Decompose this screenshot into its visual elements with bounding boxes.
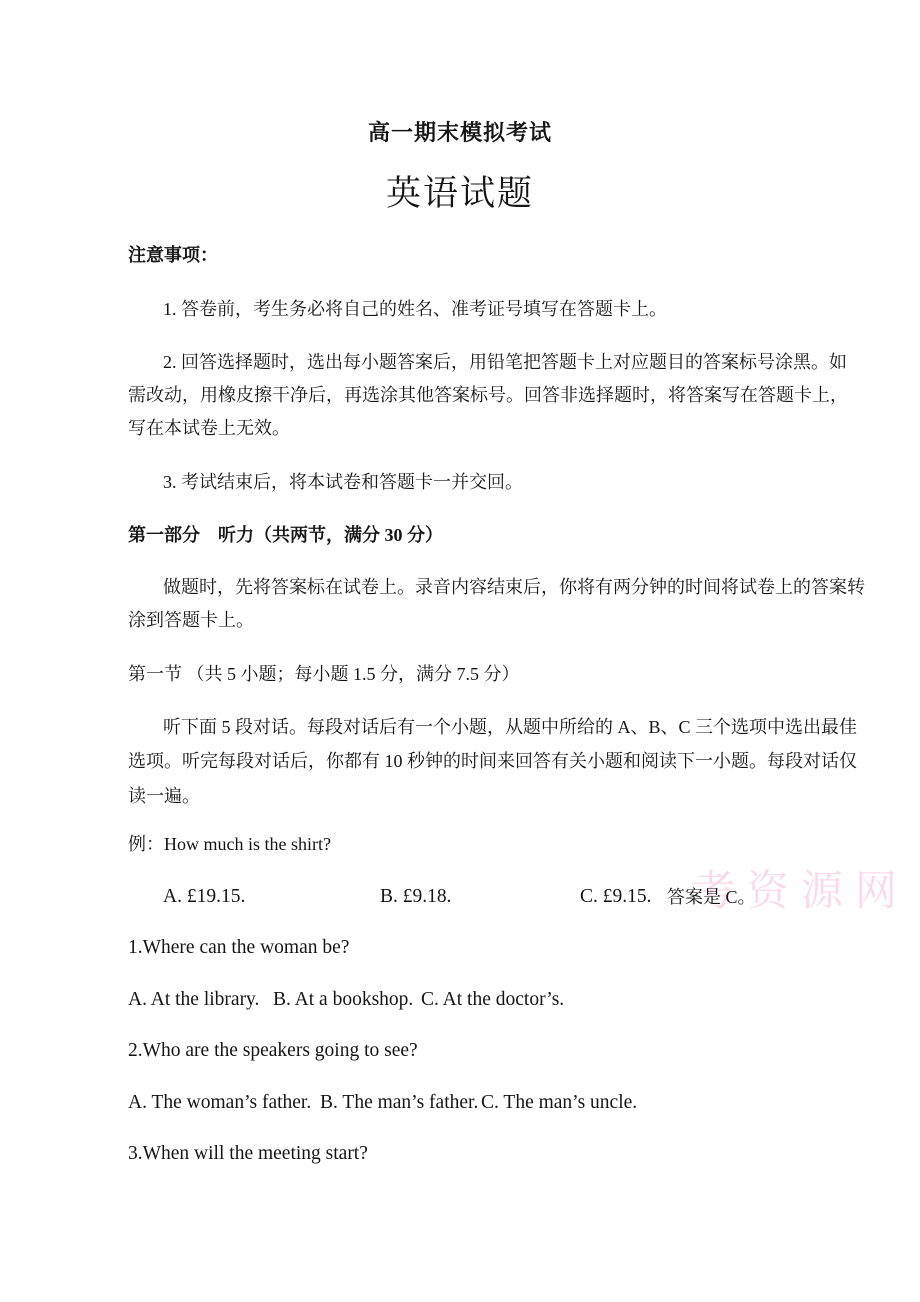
example-question: 例：How much is the shirt? xyxy=(128,833,331,856)
example-option-a: A. £19.15. xyxy=(163,885,245,909)
note-item-3: 3. 考试结束后，将本试卷和答题卡一并交回。 xyxy=(163,471,523,494)
question-2-option-c: C. The man’s uncle. xyxy=(481,1091,637,1115)
question-1-option-a: A. At the library. xyxy=(128,988,259,1012)
example-option-b: B. £9.18. xyxy=(380,885,452,909)
question-1-option-b: B. At a bookshop. xyxy=(273,988,413,1012)
note-item-1: 1. 答卷前，考生务必将自己的姓名、准考证号填写在答题卡上。 xyxy=(163,298,667,321)
part1-intro-line-2: 涂到答题卡上。 xyxy=(128,609,254,632)
note-item-2-line-2: 需改动，用橡皮擦干净后，再选涂其他答案标号。回答非选择题时，将答案写在答题卡上， xyxy=(128,384,848,407)
part1-heading: 第一部分 听力（共两节，满分 30 分） xyxy=(128,524,443,547)
question-2-option-b: B. The man’s father. xyxy=(320,1091,478,1115)
section1-instruction-line-3: 读一遍。 xyxy=(128,785,200,808)
exam-paper-page: 考资源网 高一期末模拟考试 英语试题 注意事项： 1. 答卷前，考生务必将自己的… xyxy=(0,0,920,1302)
example-answer-note: 答案是 C。 xyxy=(667,886,756,909)
example-option-c: C. £9.15. xyxy=(580,885,652,909)
question-2-option-a: A. The woman’s father. xyxy=(128,1091,311,1115)
note-item-2-line-3: 写在本试卷上无效。 xyxy=(128,417,290,440)
part1-intro-line-1: 做题时，先将答案标在试卷上。录音内容结束后，你将有两分钟的时间将试卷上的答案转 xyxy=(163,576,865,599)
section1-instruction-line-1: 听下面 5 段对话。每段对话后有一个小题，从题中所给的 A、B、C 三个选项中选… xyxy=(163,716,857,739)
note-item-2-line-1: 2. 回答选择题时，选出每小题答案后，用铅笔把答题卡上对应题目的答案标号涂黑。如 xyxy=(163,351,847,374)
exam-name-title: 高一期末模拟考试 xyxy=(0,119,920,147)
section1-heading: 第一节 （共 5 小题；每小题 1.5 分，满分 7.5 分） xyxy=(128,663,520,686)
question-1-text: 1.Where can the woman be? xyxy=(128,936,349,960)
section1-instruction-line-2: 选项。听完每段对话后，你都有 10 秒钟的时间来回答有关小题和阅读下一小题。每段… xyxy=(128,750,857,773)
question-1-option-c: C. At the doctor’s. xyxy=(421,988,564,1012)
question-3-text: 3.When will the meeting start? xyxy=(128,1142,368,1166)
paper-title: 英语试题 xyxy=(0,172,920,216)
notes-heading: 注意事项： xyxy=(128,244,218,267)
question-2-text: 2.Who are the speakers going to see? xyxy=(128,1039,418,1063)
